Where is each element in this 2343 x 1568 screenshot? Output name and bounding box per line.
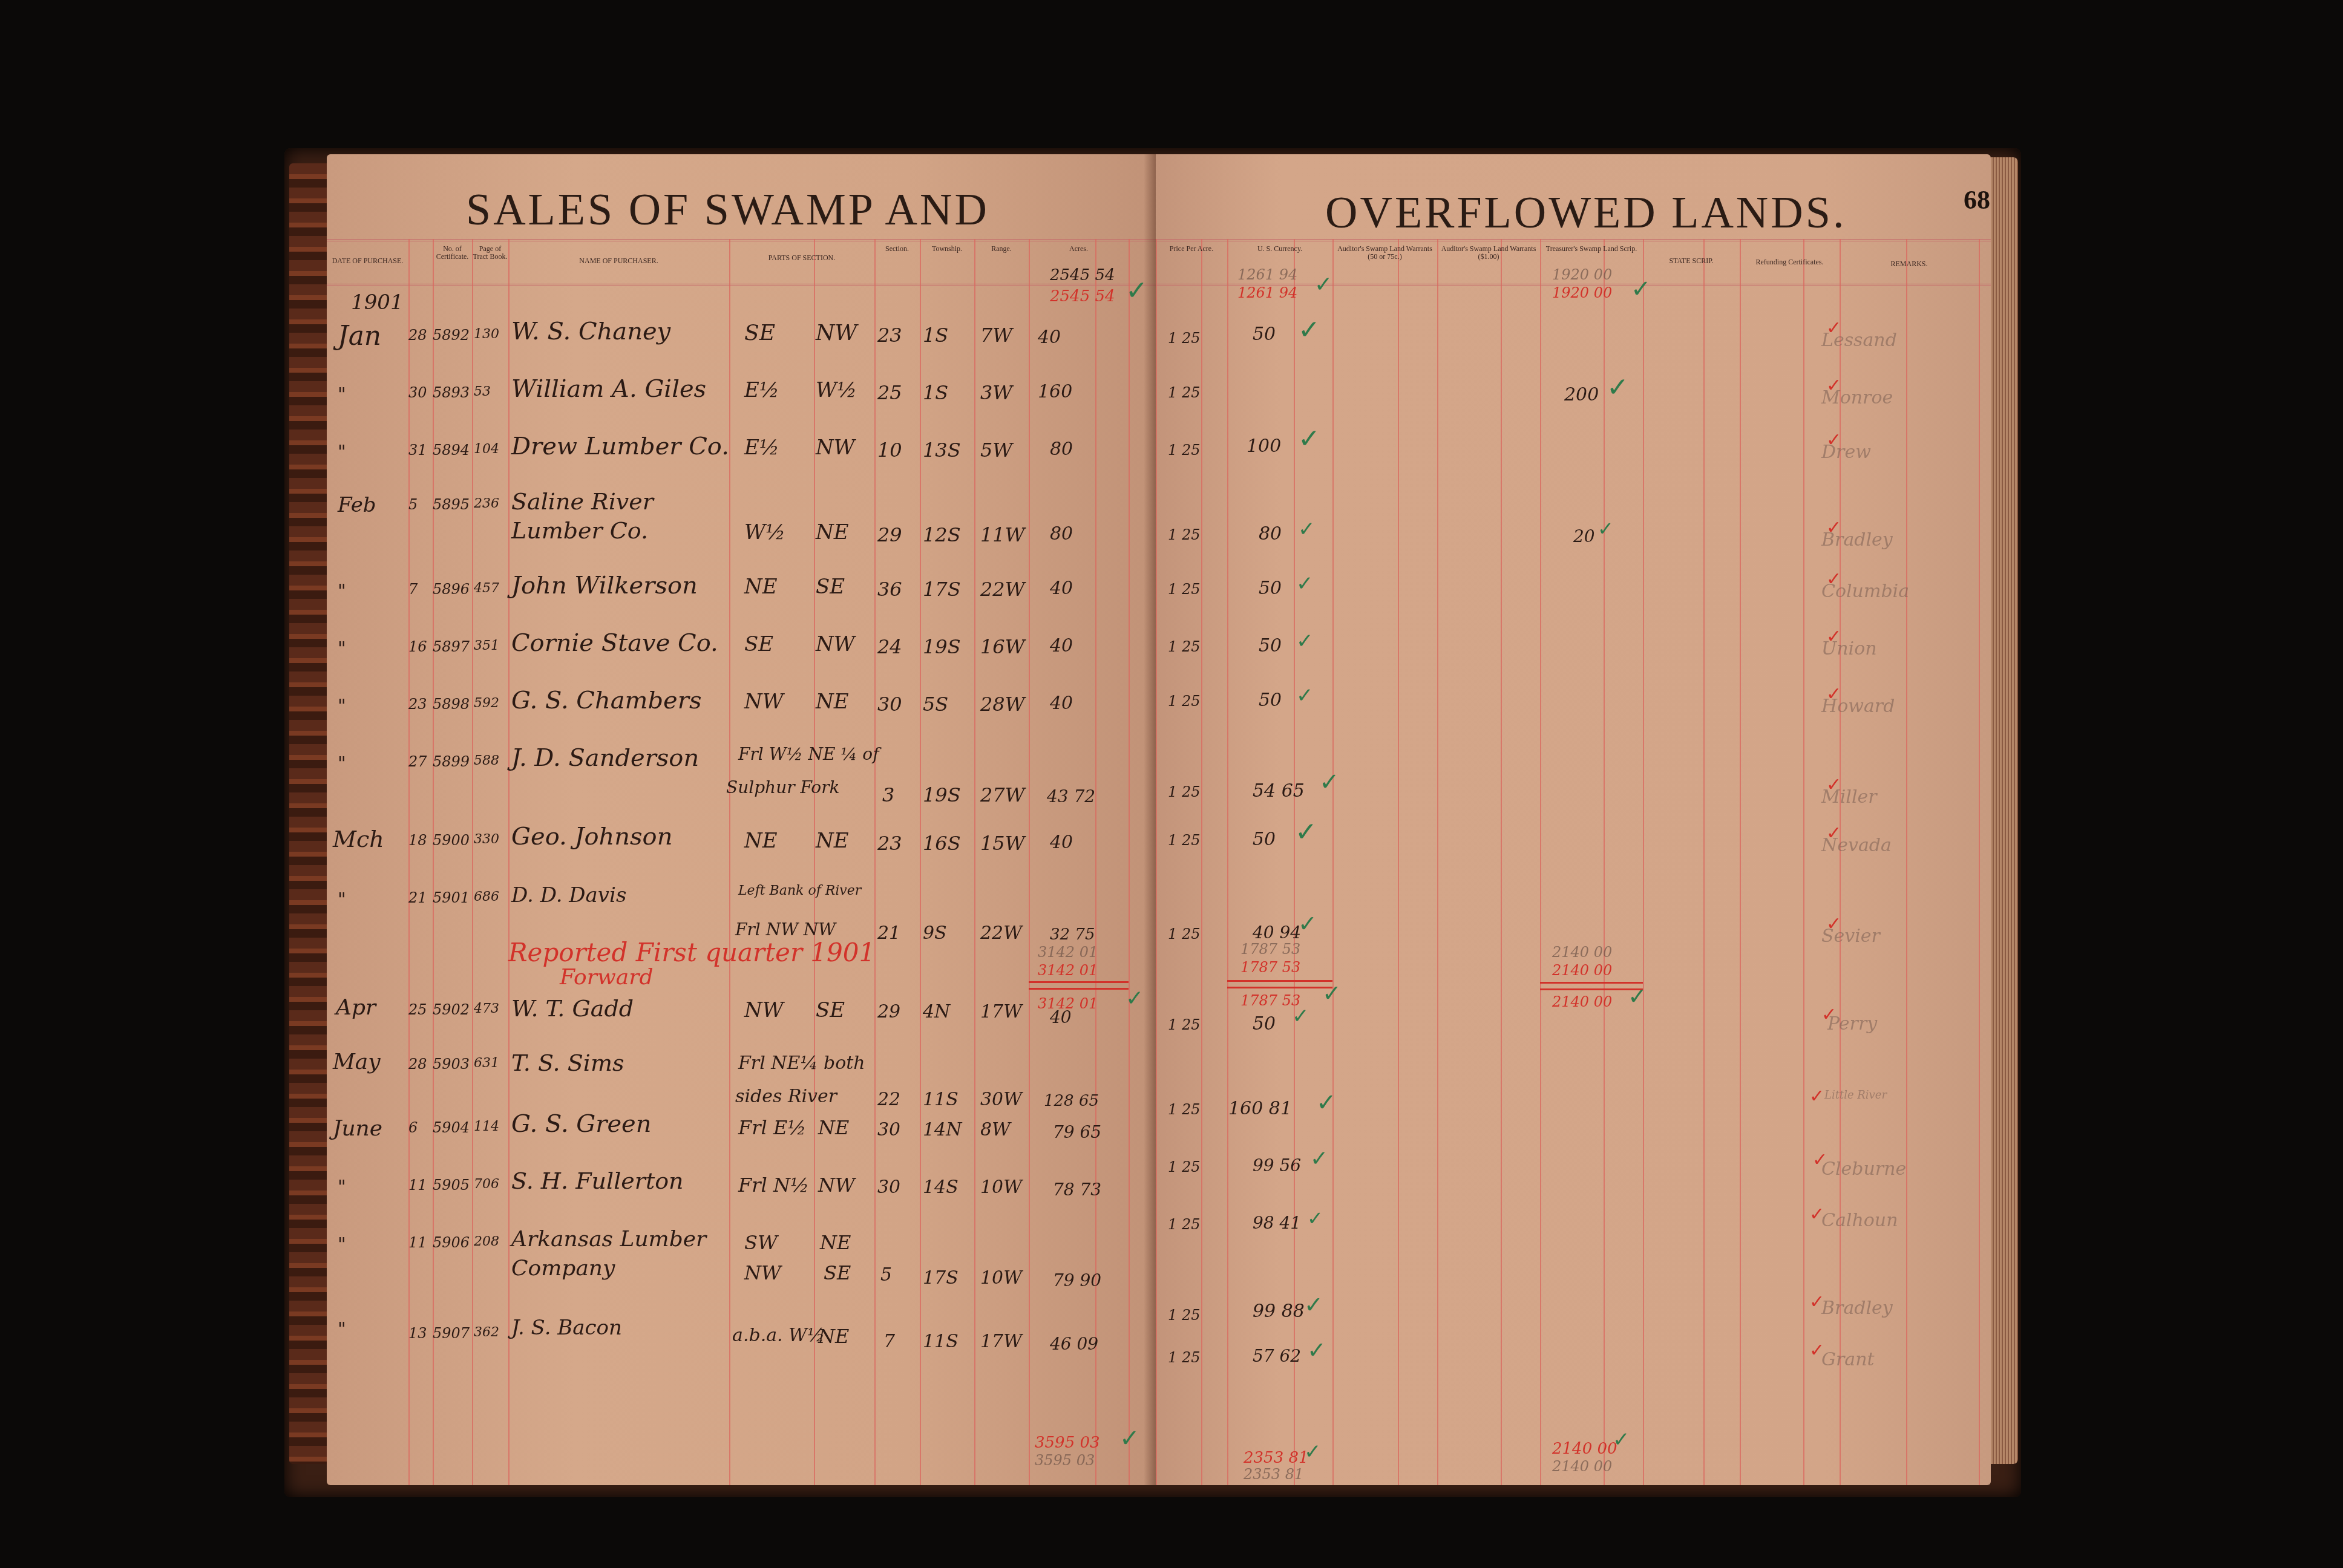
price: 1 25 — [1168, 1216, 1200, 1233]
section: 29 — [877, 1001, 900, 1022]
part: NW — [744, 690, 784, 714]
part: Frl NW NW — [735, 920, 836, 939]
page-title-left: SALES OF SWAMP AND — [466, 185, 989, 236]
part: NW — [818, 1174, 855, 1197]
check-icon: ✓ — [1304, 1292, 1323, 1318]
acres: 40 — [1050, 693, 1073, 714]
certificate-number: 5897 — [433, 638, 470, 655]
tract-page: 631 — [474, 1056, 499, 1071]
township: 14N — [923, 1119, 962, 1140]
certificate-number: 5898 — [433, 696, 470, 713]
acres: 40 — [1050, 832, 1073, 853]
day: 27 — [408, 753, 427, 770]
day: 18 — [408, 832, 427, 849]
day: 23 — [408, 696, 427, 713]
tract-page: 330 — [474, 832, 499, 847]
red-tick-icon: ✓ — [1826, 913, 1841, 935]
currency-amount: 50 — [1259, 635, 1282, 656]
red-tick-icon: ✓ — [1826, 823, 1841, 844]
tract-page: 686 — [474, 889, 499, 904]
range: 30W — [980, 1089, 1022, 1110]
tract-page: 114 — [474, 1119, 499, 1134]
col-certificate: No. of Certificate. — [433, 245, 472, 261]
month: " — [338, 1234, 346, 1255]
month: June — [333, 1116, 382, 1141]
month: " — [338, 384, 346, 405]
check-icon: ✓ — [1307, 1337, 1326, 1364]
certificate-number: 5893 — [433, 384, 470, 401]
part: NE — [744, 575, 778, 599]
page-number: 68 — [1964, 185, 1990, 215]
remark-county: Cleburne — [1821, 1158, 1906, 1180]
check-icon: ✓ — [1613, 1428, 1630, 1452]
acres: 79 65 — [1053, 1122, 1101, 1142]
grand-total-acres-pencil: 3595 03 — [1035, 1452, 1095, 1469]
year-label: 1901 — [351, 290, 404, 315]
part: Frl NE¼ both — [738, 1053, 865, 1074]
tract-page: 104 — [474, 442, 499, 457]
rule — [1029, 239, 1030, 1485]
acres: 43 72 — [1047, 786, 1095, 806]
tract-page: 592 — [474, 696, 499, 711]
range: 17W — [980, 1001, 1022, 1022]
part: Left Bank of River — [738, 883, 861, 898]
q1-treasurer-total: 2140 00 — [1552, 944, 1612, 961]
section: 10 — [877, 439, 902, 462]
part: Frl N½ — [738, 1174, 809, 1197]
township: 13S — [923, 439, 961, 462]
grand-total-treasurer: 2140 00 — [1552, 1440, 1617, 1458]
part: NW — [816, 632, 855, 656]
col-acres: Acres. — [1029, 245, 1129, 253]
red-tick-icon: ✓ — [1826, 684, 1841, 705]
rule — [1398, 239, 1399, 1485]
acres: 32 75 — [1050, 926, 1095, 944]
month: " — [338, 638, 346, 659]
acres: 78 73 — [1053, 1180, 1101, 1200]
township: 19S — [923, 635, 961, 658]
day: 28 — [408, 1056, 427, 1073]
forward-currency-red: 1261 94 — [1237, 284, 1297, 301]
rule — [472, 239, 473, 1485]
col-section: Section. — [874, 245, 920, 253]
rule — [874, 239, 876, 1485]
forward-treasurer-red: 1920 00 — [1552, 284, 1612, 301]
township: 11S — [923, 1089, 958, 1110]
month: " — [338, 753, 346, 774]
price: 1 25 — [1168, 581, 1200, 598]
col-tract-book: Page of Tract Book. — [472, 245, 508, 261]
remark-county: Little River — [1824, 1089, 1887, 1102]
forward-treasurer: 1920 00 — [1552, 266, 1612, 283]
red-tick-icon: ✓ — [1826, 430, 1841, 451]
currency-amount: 50 — [1253, 1013, 1276, 1034]
currency-amount: 100 — [1247, 436, 1281, 457]
purchaser-name: W. S. Chaney — [511, 318, 670, 345]
acres: 80 — [1050, 439, 1073, 460]
township: 12S — [923, 523, 961, 546]
book-binding — [289, 163, 332, 1464]
range: 17W — [980, 1331, 1022, 1352]
section: 30 — [877, 1177, 900, 1198]
rule — [1294, 239, 1295, 1485]
page-edges — [1991, 157, 2018, 1464]
col-price-per-acre: Price Per Acre. — [1156, 245, 1227, 253]
acres: 79 90 — [1053, 1270, 1101, 1290]
purchaser-name: John Wilkerson — [511, 572, 698, 599]
month: " — [338, 442, 346, 463]
part: W½ — [744, 520, 785, 544]
price: 1 25 — [1168, 384, 1200, 401]
col-treasurer-scrip: Treasurer's Swamp Land Scrip. — [1540, 245, 1643, 253]
price: 1 25 — [1168, 330, 1200, 347]
check-icon: ✓ — [1322, 980, 1342, 1007]
currency-amount: 50 — [1259, 578, 1282, 599]
tract-page: 130 — [474, 327, 499, 342]
acres: 128 65 — [1044, 1092, 1099, 1110]
price: 1 25 — [1168, 1158, 1200, 1175]
section: 36 — [877, 578, 902, 601]
price: 1 25 — [1168, 1349, 1200, 1366]
rule — [1540, 239, 1541, 1485]
township: 1S — [923, 381, 948, 404]
section: 25 — [877, 381, 902, 404]
month: " — [338, 889, 346, 910]
forward-acres-red: 2545 54 — [1050, 287, 1115, 305]
part: NW SE — [744, 1261, 851, 1284]
currency-amount: 40 94 — [1253, 923, 1301, 942]
tract-page: 208 — [474, 1234, 499, 1249]
part: Frl W½ NE ¼ of — [738, 744, 879, 764]
section: 30 — [877, 693, 902, 716]
col-state-scrip: STATE SCRIP. — [1643, 257, 1740, 265]
red-tick-icon: ✓ — [1809, 1292, 1824, 1313]
rule — [814, 239, 815, 1485]
rule — [1740, 239, 1741, 1485]
red-tick-icon: ✓ — [1809, 1086, 1824, 1107]
rule — [1201, 239, 1202, 1485]
col-auditor-warrants-100: Auditor's Swamp Land Warrants ($1.00) — [1437, 245, 1540, 261]
part: NE — [816, 520, 849, 544]
red-tick-icon: ✓ — [1812, 1149, 1827, 1171]
section: 30 — [877, 1119, 900, 1140]
grand-total-acres: 3595 03 — [1035, 1434, 1100, 1452]
day: 7 — [408, 581, 418, 598]
currency-amount: 98 41 — [1253, 1213, 1301, 1233]
month: " — [338, 1177, 346, 1198]
rule — [508, 239, 510, 1485]
day: 5 — [408, 496, 418, 513]
part: NE — [818, 1116, 849, 1139]
day: 28 — [408, 327, 427, 344]
red-tick-icon: ✓ — [1826, 517, 1841, 538]
check-icon: ✓ — [1304, 1440, 1322, 1464]
day: 13 — [408, 1325, 427, 1342]
range: 10W — [980, 1177, 1022, 1198]
part: NW — [816, 436, 855, 460]
part: SE — [744, 321, 775, 345]
range: 15W — [980, 832, 1025, 855]
currency-amount: 50 — [1253, 829, 1276, 850]
forward-note: Forward — [560, 965, 653, 990]
check-icon: ✓ — [1296, 684, 1314, 708]
rule — [1979, 239, 1980, 1485]
purchaser-name: D. D. Davis — [511, 883, 626, 907]
part: NW — [816, 321, 857, 345]
section: 23 — [877, 832, 902, 855]
check-icon: ✓ — [1307, 1207, 1323, 1230]
col-parts-section: PARTS OF SECTION. — [729, 254, 874, 262]
month: Feb — [338, 493, 376, 517]
tract-page: 53 — [474, 384, 491, 399]
currency-amount: 50 — [1253, 324, 1276, 345]
part: W½ — [816, 378, 857, 402]
certificate-number: 5904 — [433, 1119, 470, 1136]
section: 3 — [882, 783, 894, 806]
month: " — [338, 581, 346, 602]
section: 21 — [877, 923, 900, 944]
tract-page: 236 — [474, 496, 499, 511]
q1-currency-total-red: 1787 53 — [1240, 959, 1300, 976]
purchaser-name: S. H. Fullerton — [511, 1168, 684, 1194]
day: 11 — [408, 1177, 427, 1194]
range: 22W — [980, 578, 1025, 601]
red-tick-icon: ✓ — [1826, 626, 1841, 647]
treasurer-amount: 200 — [1564, 384, 1599, 405]
certificate-number: 5906 — [433, 1234, 470, 1251]
month: Mch — [333, 826, 384, 852]
col-auditor-warrants-50: Auditor's Swamp Land Warrants (50 or 75c… — [1332, 245, 1437, 261]
purchaser-name: Arkansas Lumber Company — [511, 1225, 711, 1283]
total-underline — [1029, 981, 1129, 990]
right-page: OVERFLOWED LANDS. 68 Price Per Acre. U. … — [1156, 154, 1991, 1485]
rule — [1437, 239, 1438, 1485]
red-tick-icon: ✓ — [1809, 1204, 1824, 1225]
section: 23 — [877, 324, 902, 347]
check-icon: ✓ — [1296, 572, 1314, 596]
tract-page: 362 — [474, 1325, 499, 1340]
currency-amount: 50 — [1259, 690, 1282, 711]
col-township: Township. — [920, 245, 974, 253]
currency-amount: 80 — [1259, 523, 1282, 544]
certificate-number: 5907 — [433, 1325, 470, 1342]
certificate-number: 5903 — [433, 1056, 470, 1073]
red-tick-icon: ✓ — [1826, 375, 1841, 396]
part: SE — [744, 632, 773, 656]
tract-page: 473 — [474, 1001, 499, 1016]
price: 1 25 — [1168, 693, 1200, 710]
section: 22 — [877, 1089, 900, 1110]
part: Frl E½ — [738, 1116, 806, 1139]
certificate-number: 5900 — [433, 832, 470, 849]
range: 3W — [980, 381, 1012, 404]
section: 24 — [877, 635, 902, 658]
currency-amount: 99 88 — [1253, 1301, 1305, 1322]
q1-currency-total: 1787 53 — [1240, 941, 1300, 958]
price: 1 25 — [1168, 442, 1200, 459]
red-tick-icon: ✓ — [1826, 569, 1841, 590]
rule — [1643, 239, 1644, 1485]
rule — [920, 239, 921, 1485]
rule — [1803, 239, 1804, 1485]
purchaser-name: G. S. Green — [511, 1110, 652, 1138]
purchaser-name: Cornie Stave Co. — [511, 629, 718, 657]
township: 17S — [923, 1267, 958, 1289]
acres: 40 — [1050, 635, 1073, 656]
month: " — [338, 696, 346, 717]
section: 5 — [880, 1264, 892, 1285]
q1-treasurer-forward: 2140 00 — [1552, 993, 1612, 1010]
rule — [1095, 239, 1096, 1485]
part: NE — [816, 690, 849, 714]
purchaser-name: T. S. Sims — [511, 1050, 624, 1076]
left-page: SALES OF SWAMP AND DATE OF PURCHASE. No.… — [327, 154, 1156, 1485]
check-icon: ✓ — [1119, 1425, 1140, 1452]
part: E½ — [744, 436, 779, 460]
range: 8W — [980, 1119, 1011, 1140]
certificate-number: 5905 — [433, 1177, 470, 1194]
day: 25 — [408, 1001, 427, 1018]
check-icon: ✓ — [1298, 910, 1317, 937]
part: NE — [744, 829, 778, 853]
rule — [1129, 239, 1130, 1485]
quarter-report-note: Reported First quarter 1901 — [508, 938, 875, 967]
red-tick-icon: ✓ — [1826, 318, 1841, 339]
rule — [974, 239, 975, 1485]
price: 1 25 — [1168, 783, 1200, 800]
township: 19S — [923, 783, 961, 806]
township: 9S — [923, 923, 947, 944]
forward-acres: 2545 54 — [1050, 266, 1115, 284]
section: 29 — [877, 523, 902, 546]
certificate-number: 5901 — [433, 889, 470, 906]
month: " — [338, 1319, 346, 1340]
check-icon: ✓ — [1126, 986, 1144, 1011]
day: 30 — [408, 384, 427, 401]
purchaser-name: William A. Giles — [511, 375, 706, 403]
range: 28W — [980, 693, 1025, 716]
check-icon: ✓ — [1319, 768, 1340, 796]
acres: 160 — [1038, 381, 1072, 402]
acres: 80 — [1050, 523, 1073, 544]
check-icon: ✓ — [1628, 983, 1647, 1010]
certificate-number: 5892 — [433, 327, 470, 344]
check-icon: ✓ — [1314, 272, 1332, 297]
price: 1 25 — [1168, 1101, 1200, 1118]
grand-total-currency-pencil: 2353 81 — [1244, 1466, 1303, 1483]
part: E½ — [744, 378, 779, 402]
rule — [433, 239, 434, 1485]
col-date-purchase: DATE OF PURCHASE. — [327, 257, 408, 265]
month: May — [333, 1050, 381, 1074]
col-purchaser: NAME OF PURCHASER. — [508, 257, 729, 265]
part: Sulphur Fork — [726, 777, 840, 797]
price: 1 25 — [1168, 526, 1200, 543]
township: 5S — [923, 693, 948, 716]
price: 1 25 — [1168, 1016, 1200, 1033]
check-icon: ✓ — [1607, 372, 1629, 403]
remark-county: Calhoun — [1821, 1210, 1898, 1231]
q1-acres-total: 3142 01 — [1038, 944, 1098, 961]
tract-page: 457 — [474, 581, 499, 596]
range: 22W — [980, 923, 1022, 944]
month: Apr — [336, 995, 376, 1020]
price: 1 25 — [1168, 926, 1200, 942]
rule — [1604, 239, 1605, 1485]
rule — [1227, 239, 1228, 1485]
range: 11W — [980, 523, 1025, 546]
acres: 46 09 — [1050, 1334, 1098, 1354]
certificate-number: 5894 — [433, 442, 470, 459]
day: 21 — [408, 889, 427, 906]
check-icon: ✓ — [1316, 1089, 1337, 1117]
check-icon: ✓ — [1631, 275, 1651, 303]
range: 27W — [980, 783, 1025, 806]
certificate-number: 5899 — [433, 753, 470, 770]
price: 1 25 — [1168, 832, 1200, 849]
purchaser-name: W. T. Gadd — [511, 995, 634, 1022]
check-icon: ✓ — [1298, 315, 1320, 345]
certificate-number: 5896 — [433, 581, 470, 598]
col-range: Range. — [974, 245, 1029, 253]
total-underline — [1227, 980, 1332, 988]
tract-page: 351 — [474, 638, 499, 653]
township: 14S — [923, 1177, 958, 1198]
currency-amount: 160 81 — [1228, 1098, 1292, 1119]
township: 4N — [923, 1001, 950, 1022]
q1-acres-total-red: 3142 01 — [1038, 962, 1098, 979]
day: 6 — [408, 1119, 418, 1136]
check-icon: ✓ — [1298, 517, 1316, 541]
rule — [408, 239, 410, 1485]
purchaser-name: Drew Lumber Co. — [511, 433, 729, 460]
day: 16 — [408, 638, 427, 655]
forward-currency: 1261 94 — [1237, 266, 1297, 283]
acres: 40 — [1050, 1007, 1072, 1027]
range: 5W — [980, 439, 1012, 462]
currency-amount: 54 65 — [1253, 780, 1305, 802]
col-us-currency: U. S. Currency. — [1227, 245, 1332, 253]
price: 1 25 — [1168, 1307, 1200, 1324]
month: Jan — [338, 321, 381, 351]
purchaser-name: Geo. Johnson — [511, 823, 672, 851]
certificate-number: 5895 — [433, 496, 470, 513]
check-icon: ✓ — [1298, 423, 1320, 454]
treasurer-amount: 20 — [1573, 526, 1595, 546]
rule — [1906, 239, 1907, 1485]
township: 11S — [923, 1331, 958, 1352]
purchaser-name: J. S. Bacon — [511, 1316, 622, 1340]
day: 11 — [408, 1234, 427, 1251]
part: sides River — [735, 1086, 837, 1107]
col-refunding-certificates: Refunding Certificates. — [1740, 258, 1840, 266]
part: a.b.a. W½ — [732, 1325, 825, 1346]
range: 7W — [980, 324, 1012, 347]
township: 17S — [923, 578, 961, 601]
township: 16S — [923, 832, 961, 855]
certificate-number: 5902 — [433, 1001, 470, 1018]
check-icon: ✓ — [1310, 1146, 1328, 1171]
part: SE — [816, 998, 845, 1022]
q1-treasurer-total-red: 2140 00 — [1552, 962, 1612, 979]
purchaser-name: J. D. Sanderson — [511, 744, 699, 772]
day: 31 — [408, 442, 427, 459]
currency-amount: 57 62 — [1253, 1346, 1301, 1366]
col-remarks: REMARKS. — [1840, 260, 1979, 268]
red-tick-icon: ✓ — [1826, 774, 1841, 795]
grand-total-currency: 2353 81 — [1244, 1449, 1309, 1467]
acres: 40 — [1038, 327, 1061, 348]
